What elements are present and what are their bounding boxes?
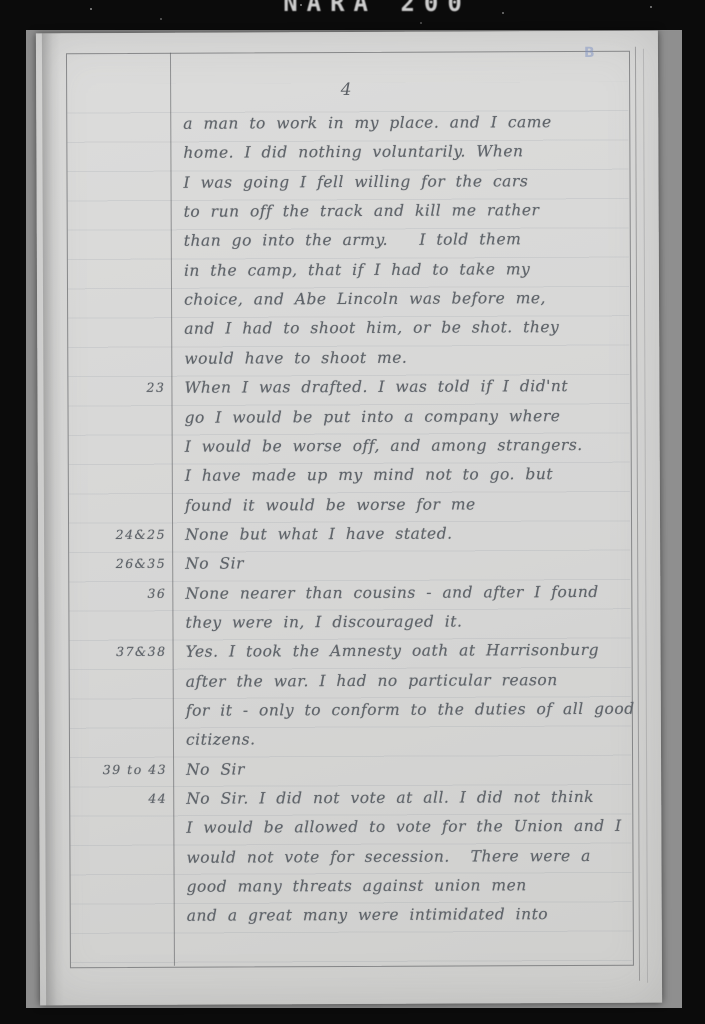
handwriting-line: in the camp, that if I had to take my <box>184 258 530 282</box>
handwriting-line: I would be allowed to vote for the Union… <box>186 815 621 839</box>
scan-backing: 4 B 2324&2526&353637&3839 to 4344 a man … <box>26 30 682 1008</box>
handwriting-line: than go into the army. I told them <box>184 229 522 252</box>
handwriting-line: good many threats against union men <box>187 874 527 897</box>
handwriting-line: and I had to shoot him, or be shot. they <box>184 317 559 341</box>
archive-stamp-label: NARA 200 <box>252 0 502 17</box>
handwriting-line: choice, and Abe Lincoln was before me, <box>184 287 546 311</box>
handwriting-line: I was going I fell willing for the cars <box>183 170 528 194</box>
handwriting-line: go I would be put into a company where <box>185 405 561 429</box>
handwriting-line: to run off the track and kill me rather <box>184 199 540 223</box>
dust-specks <box>90 8 92 10</box>
handwriting-line: after the war. I had no particular reaso… <box>186 669 558 693</box>
handwriting-line: would have to shoot me. <box>184 347 407 370</box>
handwriting-line: No Sir <box>185 553 244 575</box>
handwriting-line: a man to work in my place. and I came <box>183 111 551 135</box>
document-page: 4 B 2324&2526&353637&3839 to 4344 a man … <box>36 31 662 1006</box>
handwritten-text: a man to work in my place. and I camehom… <box>36 31 662 1006</box>
microfilm-scan: NARA 200 4 B 2324&2526&353637&3839 to 43… <box>0 0 705 1024</box>
handwriting-line: they were in, I discouraged it. <box>185 610 462 633</box>
handwriting-line: Yes. I took the Amnesty oath at Harrison… <box>186 639 600 663</box>
handwriting-line: None nearer than cousins - and after I f… <box>185 581 598 605</box>
handwriting-line: citizens. <box>186 729 256 751</box>
handwriting-line: No Sir. I did not vote at all. I did not… <box>186 786 594 810</box>
handwriting-line: When I was drafted. I was told if I did'… <box>184 375 568 399</box>
handwriting-line: None but what I have stated. <box>185 522 453 545</box>
handwriting-line: and a great many were intimidated into <box>187 904 548 928</box>
handwriting-line: for it - only to conform to the duties o… <box>186 698 635 722</box>
handwriting-line: I have made up my mind not to go. but <box>185 463 553 487</box>
handwriting-line: I would be worse off, and among stranger… <box>185 434 583 458</box>
handwriting-line: would not vote for secession. There were… <box>186 845 590 869</box>
film-top-band: NARA 200 <box>0 0 705 30</box>
handwriting-line: No Sir <box>186 758 245 780</box>
handwriting-line: home. I did nothing voluntarily. When <box>183 141 523 164</box>
handwriting-line: found it would be worse for me <box>185 493 476 516</box>
